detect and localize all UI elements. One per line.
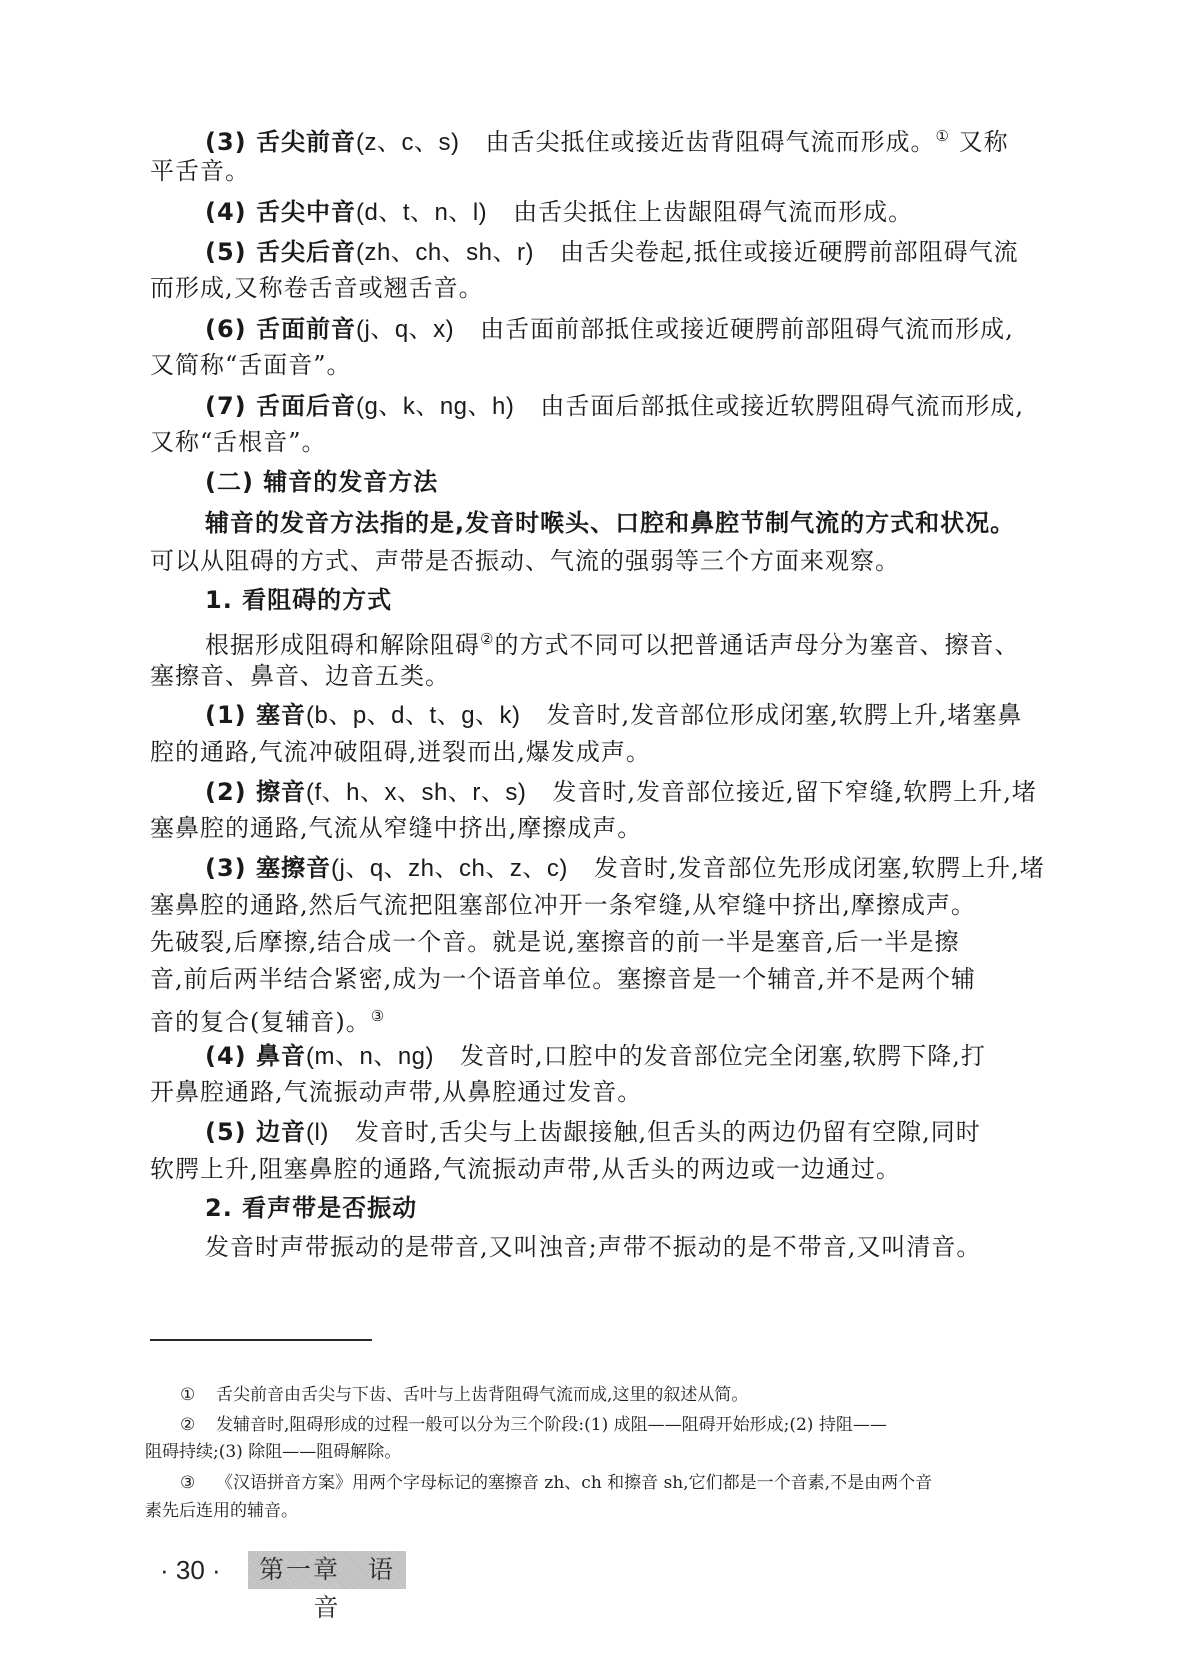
paragraph-text: 由舌尖抵住或接近齿背阻碍气流而形成。 — [485, 128, 935, 156]
page-number: · 30 · — [160, 1552, 221, 1588]
paragraph-dorsal-back: (7) 舌面后音(g、k、ng、h)由舌面后部抵住或接近软腭阻碍气流而形成, — [205, 391, 1060, 422]
term-label: (3) 舌尖前音 — [205, 128, 356, 156]
term-label: (3) 塞擦音 — [205, 854, 331, 882]
footnote-text: 发辅音时,阻碍形成的过程一般可以分为三个阶段:(1) 成阻——阻碍开始形成;(2… — [216, 1415, 887, 1435]
footnote-1: ①舌尖前音由舌尖与下齿、舌叶与上齿背阻碍气流而成,这里的叙述从简。 — [180, 1384, 1060, 1406]
paragraph-continuation: 开鼻腔通路,气流振动声带,从鼻腔通过发音。 — [150, 1077, 1060, 1107]
paragraph-stops: (1) 塞音(b、p、d、t、g、k)发音时,发音部位形成闭塞,软腭上升,堵塞鼻 — [205, 700, 1060, 731]
subsection-heading-2: 2. 看声带是否振动 — [205, 1193, 1060, 1223]
footnote-text: 舌尖前音由舌尖与下齿、舌叶与上齿背阻碍气流而成,这里的叙述从简。 — [216, 1385, 748, 1405]
paragraph-continuation: 先破裂,后摩擦,结合成一个音。就是说,塞擦音的前一半是塞音,后一半是擦 — [150, 927, 1060, 957]
footnote-2-continuation: 阻碍持续;(3) 除阻——阻碍解除。 — [145, 1441, 1060, 1463]
subsection-heading-1: 1. 看阻碍的方式 — [205, 585, 1060, 615]
paragraph-fricatives: (2) 擦音(f、h、x、sh、r、s)发音时,发音部位接近,留下窄缝,软腭上升… — [205, 777, 1060, 808]
footnote-ref-1[interactable]: ① — [935, 127, 949, 145]
paragraph-continuation: 而形成,又称卷舌音或翘舌音。 — [150, 273, 1060, 303]
paragraph-text: 发音时,口腔中的发音部位完全闭塞,软腭下降,打 — [460, 1042, 986, 1070]
term-label: (4) 鼻音 — [205, 1042, 306, 1070]
paragraph-continuation: 又称“舌根音”。 — [150, 427, 1060, 457]
pinyin-letters: (g、k、ng、h) — [356, 393, 514, 420]
footnote-marker: ③ — [180, 1472, 216, 1494]
term-label: (4) 舌尖中音 — [205, 198, 356, 226]
paragraph-text: 由舌面后部抵住或接近软腭阻碍气流而形成, — [540, 392, 1024, 420]
paragraph-obstruction: 根据形成阻碍和解除阻碍②的方式不同可以把普通话声母分为塞音、擦音、 — [205, 624, 1060, 660]
term-label: (7) 舌面后音 — [205, 392, 356, 420]
paragraph-voicing: 发音时声带振动的是带音,又叫浊音;声带不振动的是不带音,又叫清音。 — [205, 1232, 1060, 1262]
paragraph-affricates: (3) 塞擦音(j、q、zh、ch、z、c)发音时,发音部位先形成闭塞,软腭上升… — [205, 853, 1060, 884]
paragraph-apical-front: (3) 舌尖前音(z、c、s)由舌尖抵住或接近齿背阻碍气流而形成。① 又称 — [205, 121, 1060, 158]
footnote-3-continuation: 素先后连用的辅音。 — [145, 1500, 1060, 1522]
paragraph-continuation: 音,前后两半结合紧密,成为一个语音单位。塞擦音是一个辅音,并不是两个辅 — [150, 964, 1060, 994]
section-heading: (二) 辅音的发音方法 — [205, 467, 1060, 497]
paragraph-text: 的方式不同可以把普通话声母分为塞音、擦音、 — [494, 631, 1019, 659]
paragraph-dorsal-front: (6) 舌面前音(j、q、x)由舌面前部抵住或接近硬腭前部阻碍气流而形成, — [205, 314, 1060, 345]
pinyin-letters: (l) — [306, 1119, 329, 1146]
footnote-ref-2[interactable]: ② — [480, 630, 494, 648]
intro-paragraph: 辅音的发音方法指的是,发音时喉头、口腔和鼻腔节制气流的方式和状况。 — [205, 508, 1060, 538]
paragraph-text: 发音时,发音部位形成闭塞,软腭上升,堵塞鼻 — [547, 701, 1023, 729]
term-label: (2) 擦音 — [205, 778, 306, 806]
footnote-2: ②发辅音时,阻碍形成的过程一般可以分为三个阶段:(1) 成阻——阻碍开始形成;(… — [180, 1414, 1060, 1436]
paragraph-text: 发音时,发音部位先形成闭塞,软腭上升,堵 — [594, 854, 1045, 882]
term-label: (5) 舌尖后音 — [205, 238, 356, 266]
pinyin-letters: (m、n、ng) — [306, 1043, 434, 1070]
footnote-marker: ① — [180, 1384, 216, 1406]
term-label: (1) 塞音 — [205, 701, 306, 729]
paragraph-continuation: 又简称“舌面音”。 — [150, 350, 1060, 380]
pinyin-letters: (j、q、x) — [356, 316, 454, 343]
pinyin-letters: (j、q、zh、ch、z、c) — [331, 855, 568, 882]
chapter-label: 第一章 语音 — [248, 1551, 406, 1589]
paragraph-continuation: 音的复合(复辅音)。③ — [150, 1001, 1060, 1037]
paragraph-apical-back: (5) 舌尖后音(zh、ch、sh、r)由舌尖卷起,抵住或接近硬腭前部阻碍气流 — [205, 237, 1060, 268]
footnote-ref-3[interactable]: ③ — [371, 1007, 385, 1025]
paragraph-text: 音的复合(复辅音)。 — [150, 1008, 371, 1036]
footnote-divider — [150, 1339, 372, 1341]
pinyin-letters: (d、t、n、l) — [356, 199, 487, 226]
paragraph-text: 又称 — [959, 128, 1009, 156]
paragraph-continuation: 塞鼻腔的通路,气流从窄缝中挤出,摩擦成声。 — [150, 813, 1060, 843]
paragraph-text: 发音时,发音部位接近,留下窄缝,软腭上升,堵 — [552, 778, 1037, 806]
paragraph-text: 发音时,舌尖与上齿龈接触,但舌头的两边仍留有空隙,同时 — [355, 1118, 981, 1146]
paragraph-apical-middle: (4) 舌尖中音(d、t、n、l)由舌尖抵住上齿龈阻碍气流而形成。 — [205, 197, 1060, 228]
pinyin-letters: (f、h、x、sh、r、s) — [306, 779, 526, 806]
paragraph-text: 由舌尖卷起,抵住或接近硬腭前部阻碍气流 — [560, 238, 1019, 266]
book-page: (3) 舌尖前音(z、c、s)由舌尖抵住或接近齿背阻碍气流而形成。① 又称 平舌… — [0, 0, 1200, 1669]
paragraph-continuation: 腔的通路,气流冲破阻碍,迸裂而出,爆发成声。 — [150, 737, 1060, 767]
paragraph-nasals: (4) 鼻音(m、n、ng)发音时,口腔中的发音部位完全闭塞,软腭下降,打 — [205, 1041, 1060, 1072]
paragraph-continuation: 塞擦音、鼻音、边音五类。 — [150, 661, 1060, 691]
footnote-3: ③《汉语拼音方案》用两个字母标记的塞擦音 zh、ch 和擦音 sh,它们都是一个… — [180, 1472, 1060, 1494]
paragraph-text: 由舌面前部抵住或接近硬腭前部阻碍气流而形成, — [480, 315, 1014, 343]
paragraph-continuation: 软腭上升,阻塞鼻腔的通路,气流振动声带,从舌头的两边或一边通过。 — [150, 1154, 1060, 1184]
pinyin-letters: (z、c、s) — [356, 129, 459, 156]
footnote-marker: ② — [180, 1414, 216, 1436]
paragraph-lateral: (5) 边音(l)发音时,舌尖与上齿龈接触,但舌头的两边仍留有空隙,同时 — [205, 1117, 1060, 1148]
pinyin-letters: (b、p、d、t、g、k) — [306, 702, 521, 729]
pinyin-letters: (zh、ch、sh、r) — [356, 239, 534, 266]
paragraph-text: 根据形成阻碍和解除阻碍 — [205, 631, 480, 659]
paragraph-continuation: 可以从阻碍的方式、声带是否振动、气流的强弱等三个方面来观察。 — [150, 546, 1060, 576]
footnote-text: 《汉语拼音方案》用两个字母标记的塞擦音 zh、ch 和擦音 sh,它们都是一个音… — [216, 1473, 932, 1493]
term-label: (5) 边音 — [205, 1118, 306, 1146]
paragraph-text: 由舌尖抵住上齿龈阻碍气流而形成。 — [513, 198, 913, 226]
term-label: (6) 舌面前音 — [205, 315, 356, 343]
paragraph-continuation: 平舌音。 — [150, 156, 1060, 186]
paragraph-continuation: 塞鼻腔的通路,然后气流把阻塞部位冲开一条窄缝,从窄缝中挤出,摩擦成声。 — [150, 890, 1060, 920]
